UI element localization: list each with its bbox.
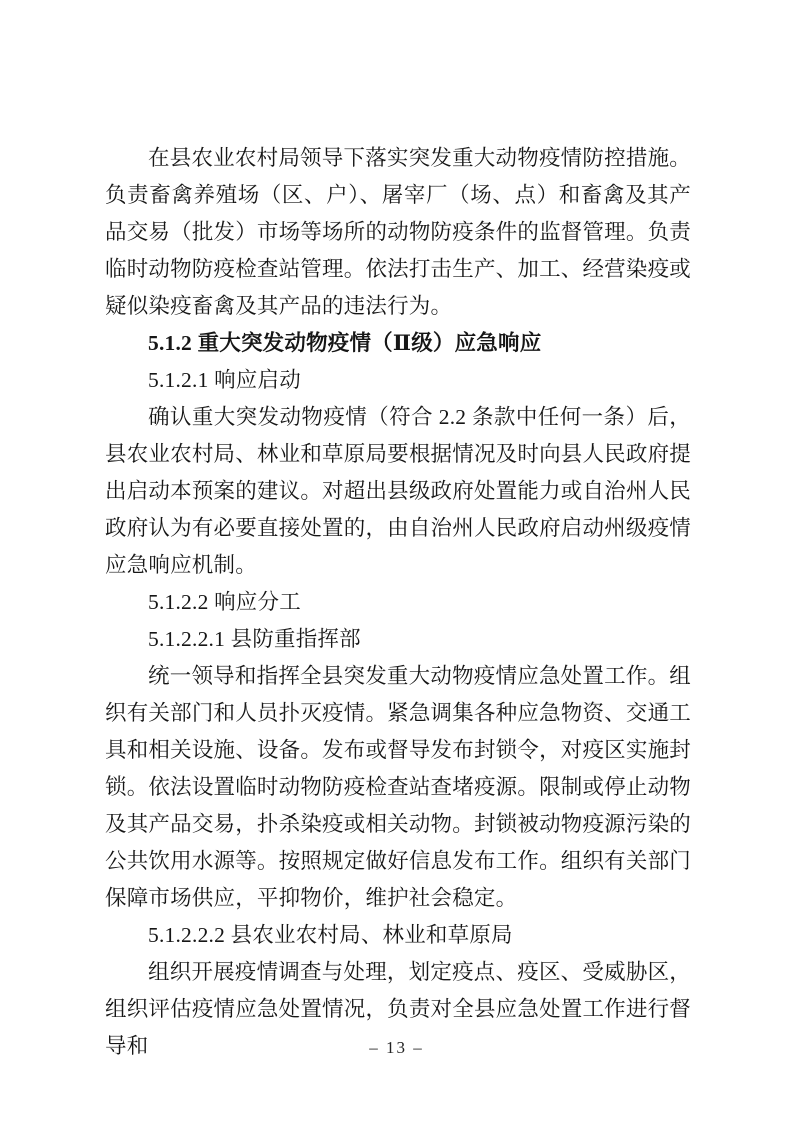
- section-heading-5-1-2-2-2: 5.1.2.2.2 县农业农村局、林业和草原局: [105, 917, 691, 954]
- document-body: 在县农业农村局领导下落实突发重大动物疫情防控措施。负责畜禽养殖场（区、户）、屠宰…: [105, 140, 691, 1065]
- section-heading-5-1-2: 5.1.2 重大突发动物疫情（Ⅱ级）应急响应: [105, 325, 691, 362]
- section-heading-5-1-2-2-1: 5.1.2.2.1 县防重指挥部: [105, 621, 691, 658]
- page-number: – 13 –: [0, 1038, 793, 1058]
- document-page: 在县农业农村局领导下落实突发重大动物疫情防控措施。负责畜禽养殖场（区、户）、屠宰…: [0, 0, 793, 1122]
- section-heading-5-1-2-1: 5.1.2.1 响应启动: [105, 362, 691, 399]
- paragraph-duties: 在县农业农村局领导下落实突发重大动物疫情防控措施。负责畜禽养殖场（区、户）、屠宰…: [105, 140, 691, 325]
- section-heading-5-1-2-2: 5.1.2.2 响应分工: [105, 584, 691, 621]
- paragraph-response-activation: 确认重大突发动物疫情（符合 2.2 条款中任何一条）后，县农业农村局、林业和草原…: [105, 399, 691, 584]
- paragraph-county-command: 统一领导和指挥全县突发重大动物疫情应急处置工作。组织有关部门和人员扑灭疫情。紧急…: [105, 658, 691, 917]
